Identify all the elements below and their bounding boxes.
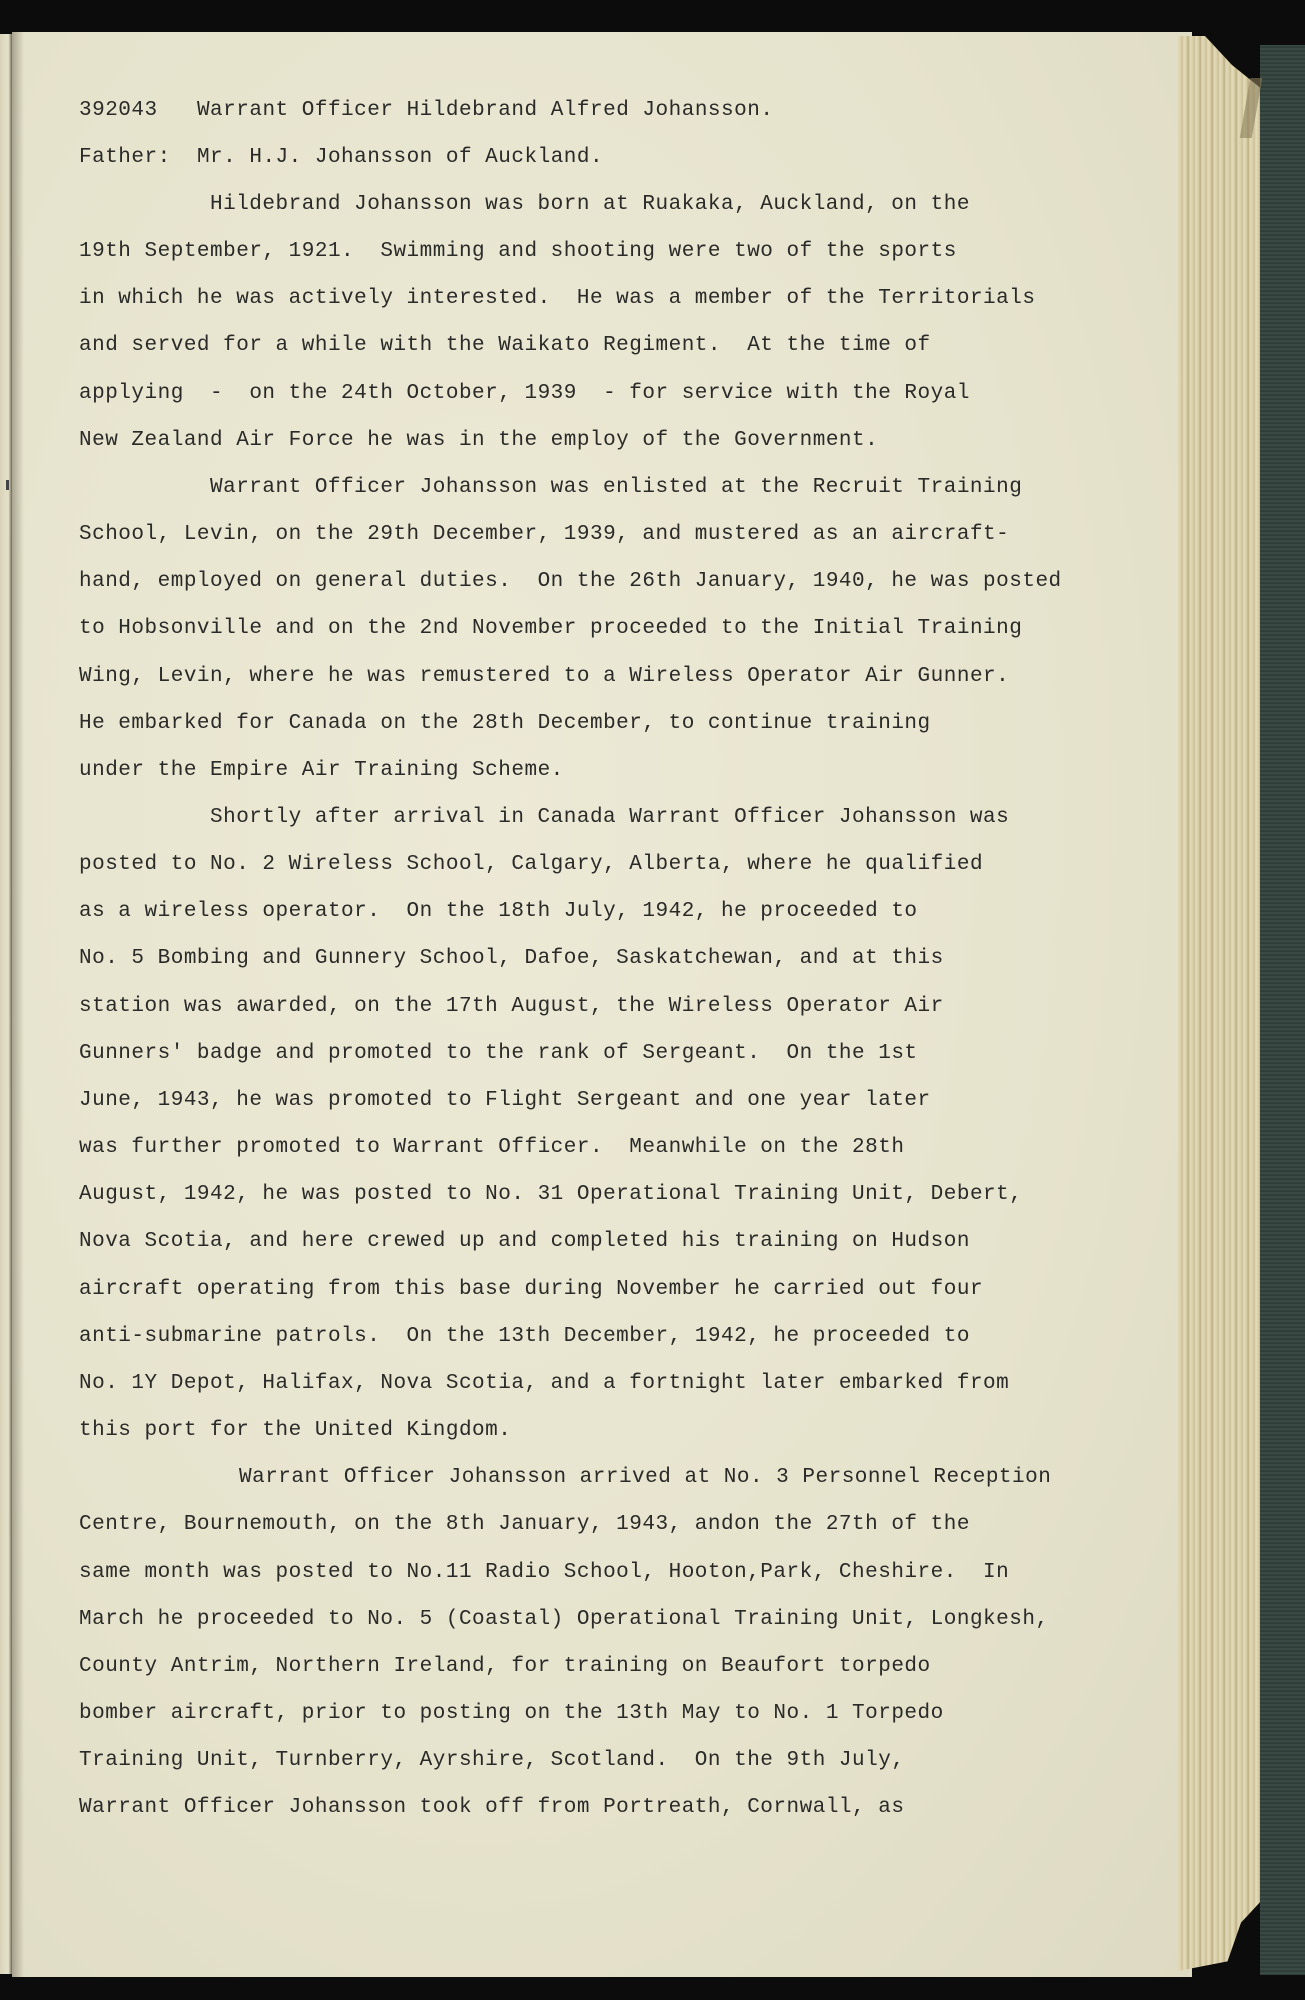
text-line: March he proceeded to No. 5 (Coastal) Op… bbox=[79, 1607, 1049, 1633]
text-line: Shortly after arrival in Canada Warrant … bbox=[210, 805, 1009, 831]
text-line: New Zealand Air Force he was in the empl… bbox=[79, 428, 878, 454]
text-line: Gunners' badge and promoted to the rank … bbox=[79, 1041, 918, 1067]
text-line: station was awarded, on the 17th August,… bbox=[79, 994, 944, 1020]
text-line: anti-submarine patrols. On the 13th Dece… bbox=[79, 1324, 970, 1350]
text-line: County Antrim, Northern Ireland, for tra… bbox=[79, 1654, 931, 1680]
text-line: Training Unit, Turnberry, Ayrshire, Scot… bbox=[79, 1748, 904, 1774]
text-line: hand, employed on general duties. On the… bbox=[79, 569, 1062, 595]
gutter-shadow bbox=[12, 32, 24, 1977]
header-line: 392043 Warrant Officer Hildebrand Alfred… bbox=[79, 98, 773, 124]
record-title: Warrant Officer Hildebrand Alfred Johans… bbox=[197, 99, 774, 122]
book-cover bbox=[1260, 45, 1305, 1975]
text-line: Warrant Officer Johansson arrived at No.… bbox=[239, 1465, 1051, 1491]
text-line: 19th September, 1921. Swimming and shoot… bbox=[79, 239, 957, 265]
text-line: Warrant Officer Johansson took off from … bbox=[79, 1795, 904, 1821]
text-line: No. 5 Bombing and Gunnery School, Dafoe,… bbox=[79, 946, 944, 972]
text-line: Nova Scotia, and here crewed up and comp… bbox=[79, 1229, 970, 1255]
previous-page-edge bbox=[0, 34, 12, 1974]
text-line: aircraft operating from this base during… bbox=[79, 1277, 983, 1303]
text-line: and served for a while with the Waikato … bbox=[79, 333, 931, 359]
father-line: Father: Mr. H.J. Johansson of Auckland. bbox=[79, 145, 603, 171]
text-line: August, 1942, he was posted to No. 31 Op… bbox=[79, 1182, 1022, 1208]
text-line: Hildebrand Johansson was born at Ruakaka… bbox=[210, 192, 970, 218]
text-line: applying - on the 24th October, 1939 - f… bbox=[79, 381, 970, 407]
text-line: Wing, Levin, where he was remustered to … bbox=[79, 664, 1009, 690]
text-line: No. 1Y Depot, Halifax, Nova Scotia, and … bbox=[79, 1371, 1009, 1397]
text-line: He embarked for Canada on the 28th Decem… bbox=[79, 711, 931, 737]
text-line: as a wireless operator. On the 18th July… bbox=[79, 899, 918, 925]
text-line: in which he was actively interested. He … bbox=[79, 286, 1035, 312]
text-line: to Hobsonville and on the 2nd November p… bbox=[79, 616, 1022, 642]
text-line: June, 1943, he was promoted to Flight Se… bbox=[79, 1088, 931, 1114]
father-label: Father: bbox=[79, 146, 171, 169]
text-line: under the Empire Air Training Scheme. bbox=[79, 758, 564, 784]
text-line: School, Levin, on the 29th December, 193… bbox=[79, 522, 1009, 548]
text-line: posted to No. 2 Wireless School, Calgary… bbox=[79, 852, 983, 878]
text-line: same month was posted to No.11 Radio Sch… bbox=[79, 1560, 1009, 1586]
text-line: was further promoted to Warrant Officer.… bbox=[79, 1135, 904, 1161]
text-line: bomber aircraft, prior to posting on the… bbox=[79, 1701, 944, 1727]
book-fore-edge bbox=[1178, 36, 1268, 1971]
text-line: Centre, Bournemouth, on the 8th January,… bbox=[79, 1512, 970, 1538]
text-line: this port for the United Kingdom. bbox=[79, 1418, 511, 1444]
margin-mark bbox=[6, 480, 9, 490]
text-line: Warrant Officer Johansson was enlisted a… bbox=[210, 475, 1022, 501]
service-number: 392043 bbox=[79, 99, 158, 122]
father-value: Mr. H.J. Johansson of Auckland. bbox=[197, 146, 603, 169]
